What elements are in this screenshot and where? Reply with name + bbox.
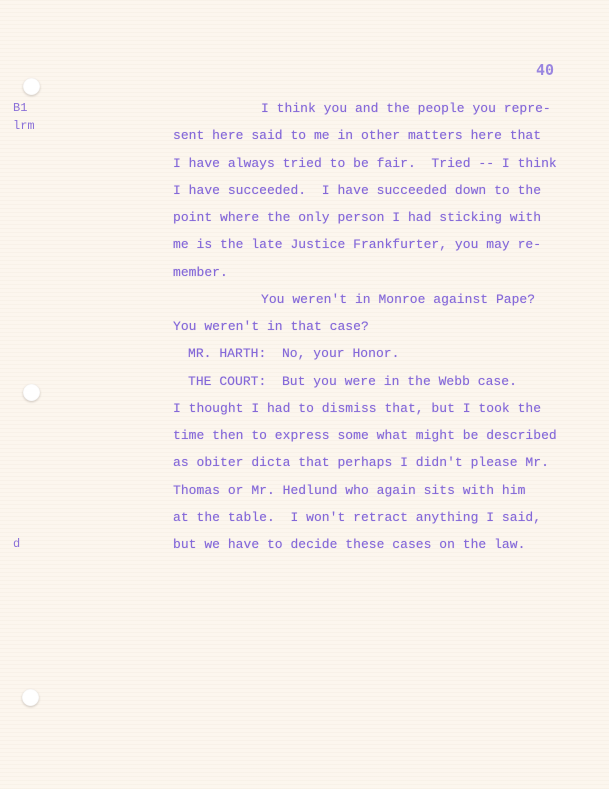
text-line: sent here said to me in other matters he… [173,128,583,155]
text-line: member. [173,265,583,292]
page-number: 40 [536,61,554,79]
punch-hole-top [23,78,40,95]
text-line: point where the only person I had sticki… [173,210,583,237]
speaker-line-mr-harth: MR. HARTH: No, your Honor. [173,346,583,373]
text-line: at the table. I won't retract anything I… [173,510,583,537]
speaker-line-the-court: THE COURT: But you were in the Webb case… [173,374,583,401]
text-line: me is the late Justice Frankfurter, you … [173,237,583,264]
text-line: time then to express some what might be … [173,428,583,455]
text-line: I thought I had to dismiss that, but I t… [173,401,583,428]
text-line: I have always tried to be fair. Tried --… [173,156,583,183]
text-line: I have succeeded. I have succeeded down … [173,183,583,210]
text-line: as obiter dicta that perhaps I didn't pl… [173,455,583,482]
transcript-page: 40 B1 lrm d I think you and the people y… [0,0,609,789]
text-line: but we have to decide these cases on the… [173,537,583,564]
transcript-body: I think you and the people you repre- se… [173,101,583,564]
punch-hole-middle [23,384,40,401]
text-line: You weren't in Monroe against Pape? [173,292,583,319]
text-line: Thomas or Mr. Hedlund who again sits wit… [173,483,583,510]
text-line: I think you and the people you repre- [173,101,583,128]
margin-note-b1: B1 [13,101,27,115]
margin-note-lrm: lrm [13,119,35,133]
punch-hole-bottom [22,689,39,706]
margin-note-d: d [13,537,20,551]
text-line: You weren't in that case? [173,319,583,346]
